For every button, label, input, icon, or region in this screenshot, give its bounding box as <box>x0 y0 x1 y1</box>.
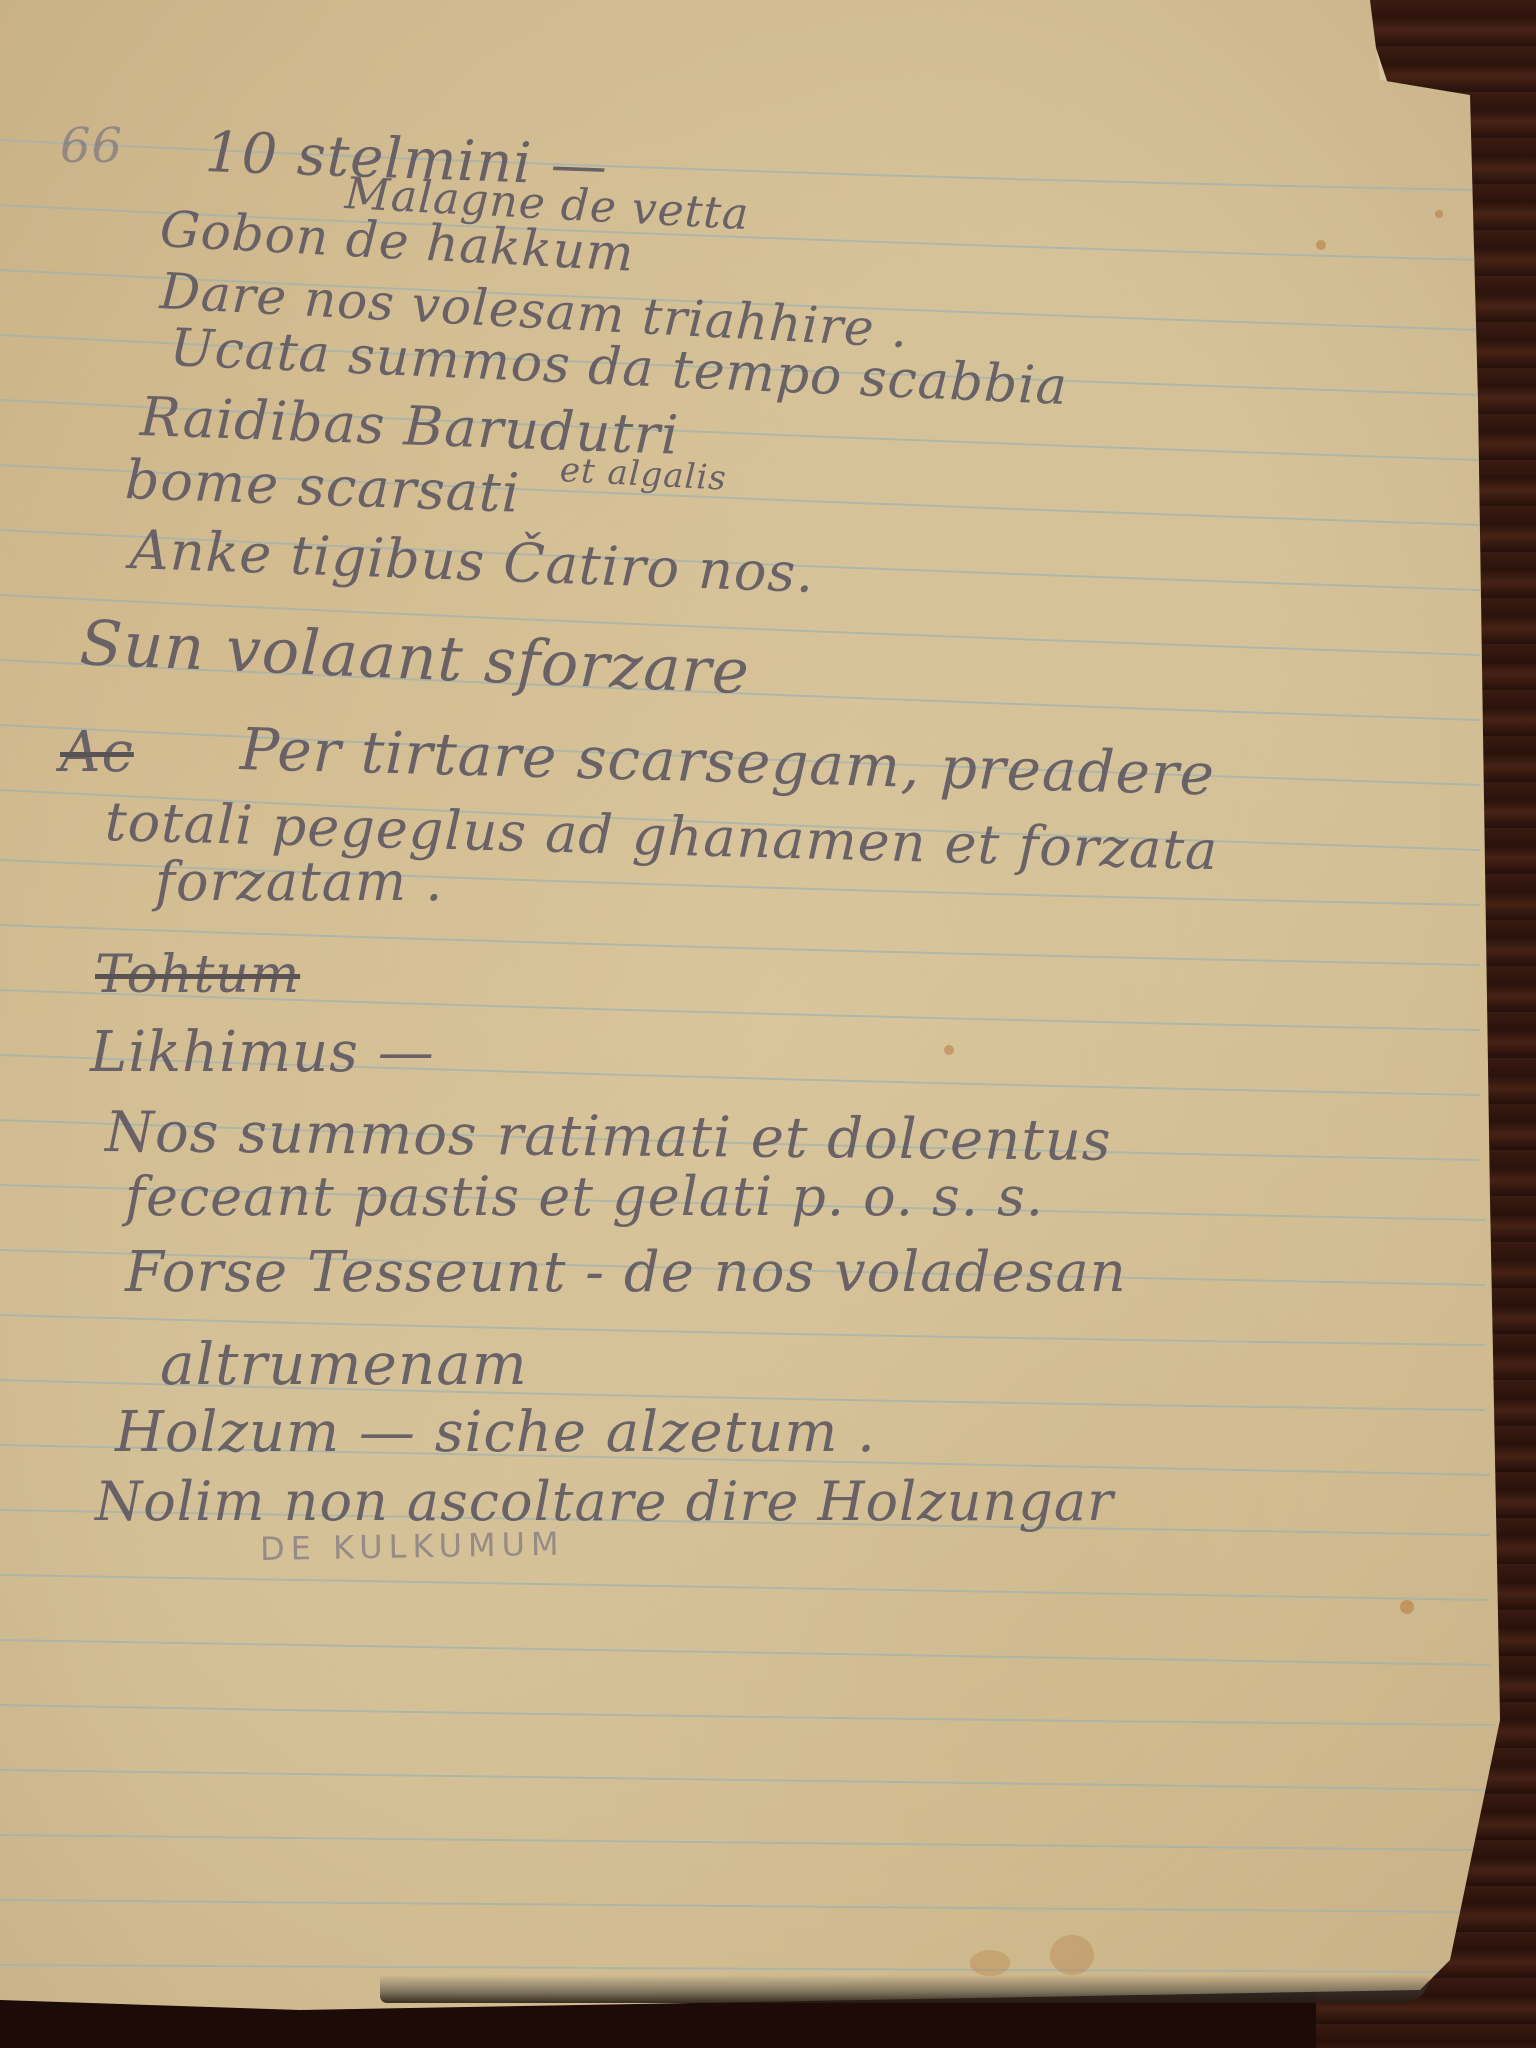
page-number-mark: 66 <box>60 118 123 174</box>
handwritten-line: Nolim non ascoltare dire Holzungar <box>95 1470 1114 1533</box>
photo-scene: 66 10 stelmini — Malagne de vetta Gobon … <box>0 0 1536 2048</box>
handwritten-line: Holzum — siche alzetum . <box>115 1400 876 1465</box>
struck-word: Tohtum <box>95 945 300 1005</box>
foxing-stain <box>970 1950 1010 1976</box>
foxing-stain <box>944 1045 954 1055</box>
foxing-stain <box>1316 240 1326 250</box>
handwritten-line: Likhimus — <box>90 1020 435 1085</box>
handwritten-line: Nos summos ratimati et dolcentus <box>105 1100 1112 1174</box>
handwritten-line: altrumenam <box>160 1330 528 1398</box>
foxing-stain <box>1435 210 1443 218</box>
foxing-stain <box>1400 1600 1414 1614</box>
page-edge-shadow <box>380 1975 1430 2003</box>
struck-word: Ac <box>60 720 134 785</box>
foxing-stain <box>1050 1935 1094 1975</box>
handwritten-line: Forse Tesseunt - de nos voladesan <box>125 1240 1127 1305</box>
handwritten-line: feceant pastis et gelati p. o. s. s. <box>125 1165 1044 1228</box>
block-caps-note: DE KULKUMUM <box>260 1525 565 1568</box>
handwritten-line: forzatam . <box>155 850 443 913</box>
